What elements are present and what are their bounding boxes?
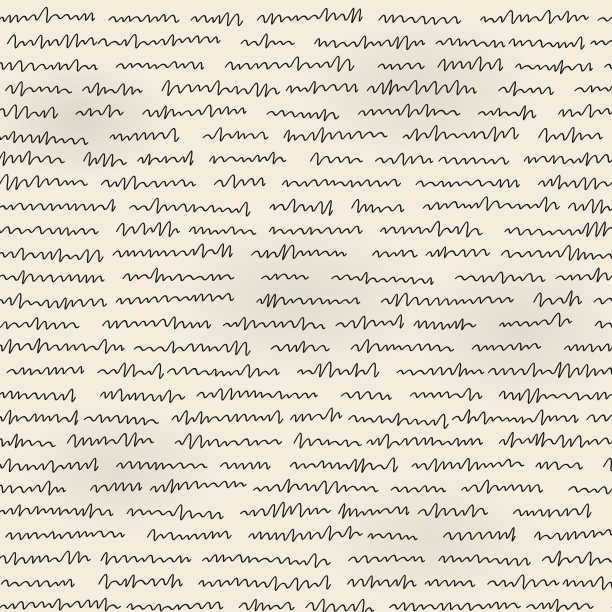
handwritten-word [109,129,182,142]
handwritten-word [346,575,419,588]
handwritten-word [541,551,612,566]
handwritten-word [438,157,510,164]
handwritten-word [537,128,605,143]
handwritten-word [174,434,284,449]
handwritten-word [96,363,167,378]
handwritten-word [0,389,78,401]
handwritten-word [437,57,506,71]
handwritten-word [150,480,248,493]
handwritten-word [0,200,117,212]
handwritten-word [0,227,100,236]
handwritten-word [253,479,382,493]
handwritten-word [512,504,593,517]
handwritten-word [391,486,447,492]
handwritten-word [514,60,595,73]
handwritten-word [189,13,245,26]
handwritten-word [367,533,419,539]
handwritten-word [497,82,556,96]
handwritten-word [115,222,182,237]
handwritten-word [112,244,235,257]
handwritten-word [389,602,522,610]
handwritten-word [0,105,60,119]
handwritten-word [0,270,107,284]
handwritten-word [0,294,110,309]
handwritten-word [507,37,587,49]
handwritten-word [116,462,209,470]
handwritten-word [189,227,258,234]
handwritten-word [83,415,161,425]
handwritten-word [561,577,612,589]
handwritten-word [563,339,612,354]
handwritten-word [201,554,333,567]
handwritten-word [313,36,427,49]
handwritten-word [425,247,491,258]
handwritten-word [265,110,341,121]
handwritten-word [127,198,254,216]
handwritten-word [595,321,612,328]
handwritten-word [132,341,253,355]
handwritten-word [7,367,85,375]
handwritten-word [366,80,480,95]
handwritten-word [435,39,507,48]
handwritten-word [487,362,612,377]
handwritten-word [486,575,561,589]
handwritten-word [497,389,612,404]
handwritten-word [451,410,581,425]
handwritten-word [335,315,406,329]
handwritten-word [66,433,156,447]
handwritten-word [293,433,365,448]
handwritten-word [380,293,515,306]
handwritten-word [348,555,426,562]
handwritten-word [82,152,130,166]
handwritten-paper-texture [0,0,612,612]
handwritten-word [100,553,193,565]
handwritten-word [417,504,490,518]
handwritten-word [442,528,517,541]
handwritten-word [574,77,612,94]
handwritten-word [0,132,91,145]
handwritten-word [166,365,281,378]
handwritten-word [160,81,283,97]
handwritten-word [75,105,125,117]
handwritten-word [0,481,68,495]
handwritten-word [396,363,487,376]
handwritten-word [0,458,101,472]
handwritten-word [586,414,612,422]
handwritten-word [555,268,612,282]
handwritten-word [379,221,486,236]
handwritten-word [603,58,612,71]
handwritten-word [116,62,206,69]
handwritten-word [0,60,100,72]
handwritten-word [422,197,562,212]
handwritten-word [250,245,349,260]
handwritten-word [413,319,478,330]
handwritten-word [437,555,532,565]
handwritten-word [125,505,227,520]
handwritten-word [4,82,75,96]
handwritten-word [374,153,435,164]
handwritten-word [499,313,574,326]
handwritten-word [358,104,463,117]
handwritten-word [97,35,222,48]
handwritten-word [480,10,591,23]
handwritten-word [567,200,612,214]
handwritten-word [196,389,320,400]
handwritten-word [99,389,187,402]
handwritten-word [209,152,288,163]
handwritten-word [415,180,520,187]
handwritten-word [202,128,270,141]
handwritten-word [90,483,143,492]
handwritten-word [269,226,364,234]
handwritten-word [500,246,612,261]
handwritten-word [108,15,180,23]
handwritten-word [224,56,357,71]
handwriting-strokes [0,0,612,612]
handwritten-word [238,599,296,610]
handwritten-word [0,410,81,424]
handwritten-word [5,531,125,539]
handwritten-word [268,199,336,215]
handwritten-word [100,176,198,189]
handwritten-word [213,175,267,188]
handwritten-word [0,339,127,354]
handwritten-word [372,250,418,257]
handwritten-word [6,34,99,48]
handwritten-word [0,318,82,330]
handwritten-word [197,576,333,591]
handwritten-word [601,458,612,474]
handwritten-word [255,294,362,307]
handwritten-word [597,13,612,25]
handwritten-word [81,83,144,95]
handwritten-word [0,175,90,190]
handwritten-word [425,580,477,587]
handwritten-word [102,317,213,329]
handwritten-word [409,389,484,401]
handwritten-word [122,268,237,282]
handwritten-word [1,579,76,586]
handwritten-word [461,480,546,493]
handwritten-word [411,459,526,472]
handwritten-word [285,82,360,94]
handwritten-word [248,526,365,541]
handwritten-word [346,414,451,429]
handwritten-word [137,151,197,165]
handwritten-word [240,34,297,48]
handwritten-word [304,599,377,612]
handwritten-word [558,105,612,118]
handwritten-word [0,248,106,262]
handwritten-word [590,37,612,48]
handwritten-word [222,318,328,330]
handwritten-word [340,392,393,400]
handwritten-word [472,343,542,351]
handwritten-word [454,272,547,283]
handwritten-word [97,575,185,589]
handwritten-word [0,551,93,564]
handwritten-word [256,8,365,24]
handwritten-word [523,153,612,166]
handwritten-word [0,434,59,447]
handwritten-word [503,222,612,236]
handwritten-word [350,340,456,353]
handwritten-word [283,128,390,142]
handwritten-word [141,105,247,118]
handwritten-word [240,502,333,517]
handwritten-word [309,153,364,165]
handwritten-word [0,598,123,610]
handwritten-word [498,432,612,447]
handwritten-word [532,291,584,307]
handwritten-word [0,8,98,23]
handwritten-word [567,482,612,496]
handwritten-word [537,174,612,189]
handwritten-word [534,528,612,540]
handwritten-word [378,63,425,69]
handwritten-word [0,504,116,518]
handwritten-word [220,462,271,469]
handwritten-word [296,362,382,377]
handwritten-word [270,341,331,352]
handwritten-word [535,462,584,469]
handwritten-word [526,599,596,611]
handwritten-word [0,151,67,165]
handwritten-word [350,200,407,213]
handwritten-word [402,126,521,141]
handwritten-word [290,408,344,422]
handwritten-word [477,106,539,120]
handwritten-word [365,434,485,448]
handwritten-word [116,294,235,304]
handwritten-word [289,458,401,472]
handwritten-word [330,273,436,285]
handwritten-word [146,530,232,541]
handwritten-word [126,602,224,611]
handwritten-word [378,15,462,24]
handwritten-word [171,411,286,424]
handwritten-word [282,179,402,187]
handwritten-word [594,296,612,304]
handwritten-word [337,504,411,519]
handwritten-word [261,274,309,279]
